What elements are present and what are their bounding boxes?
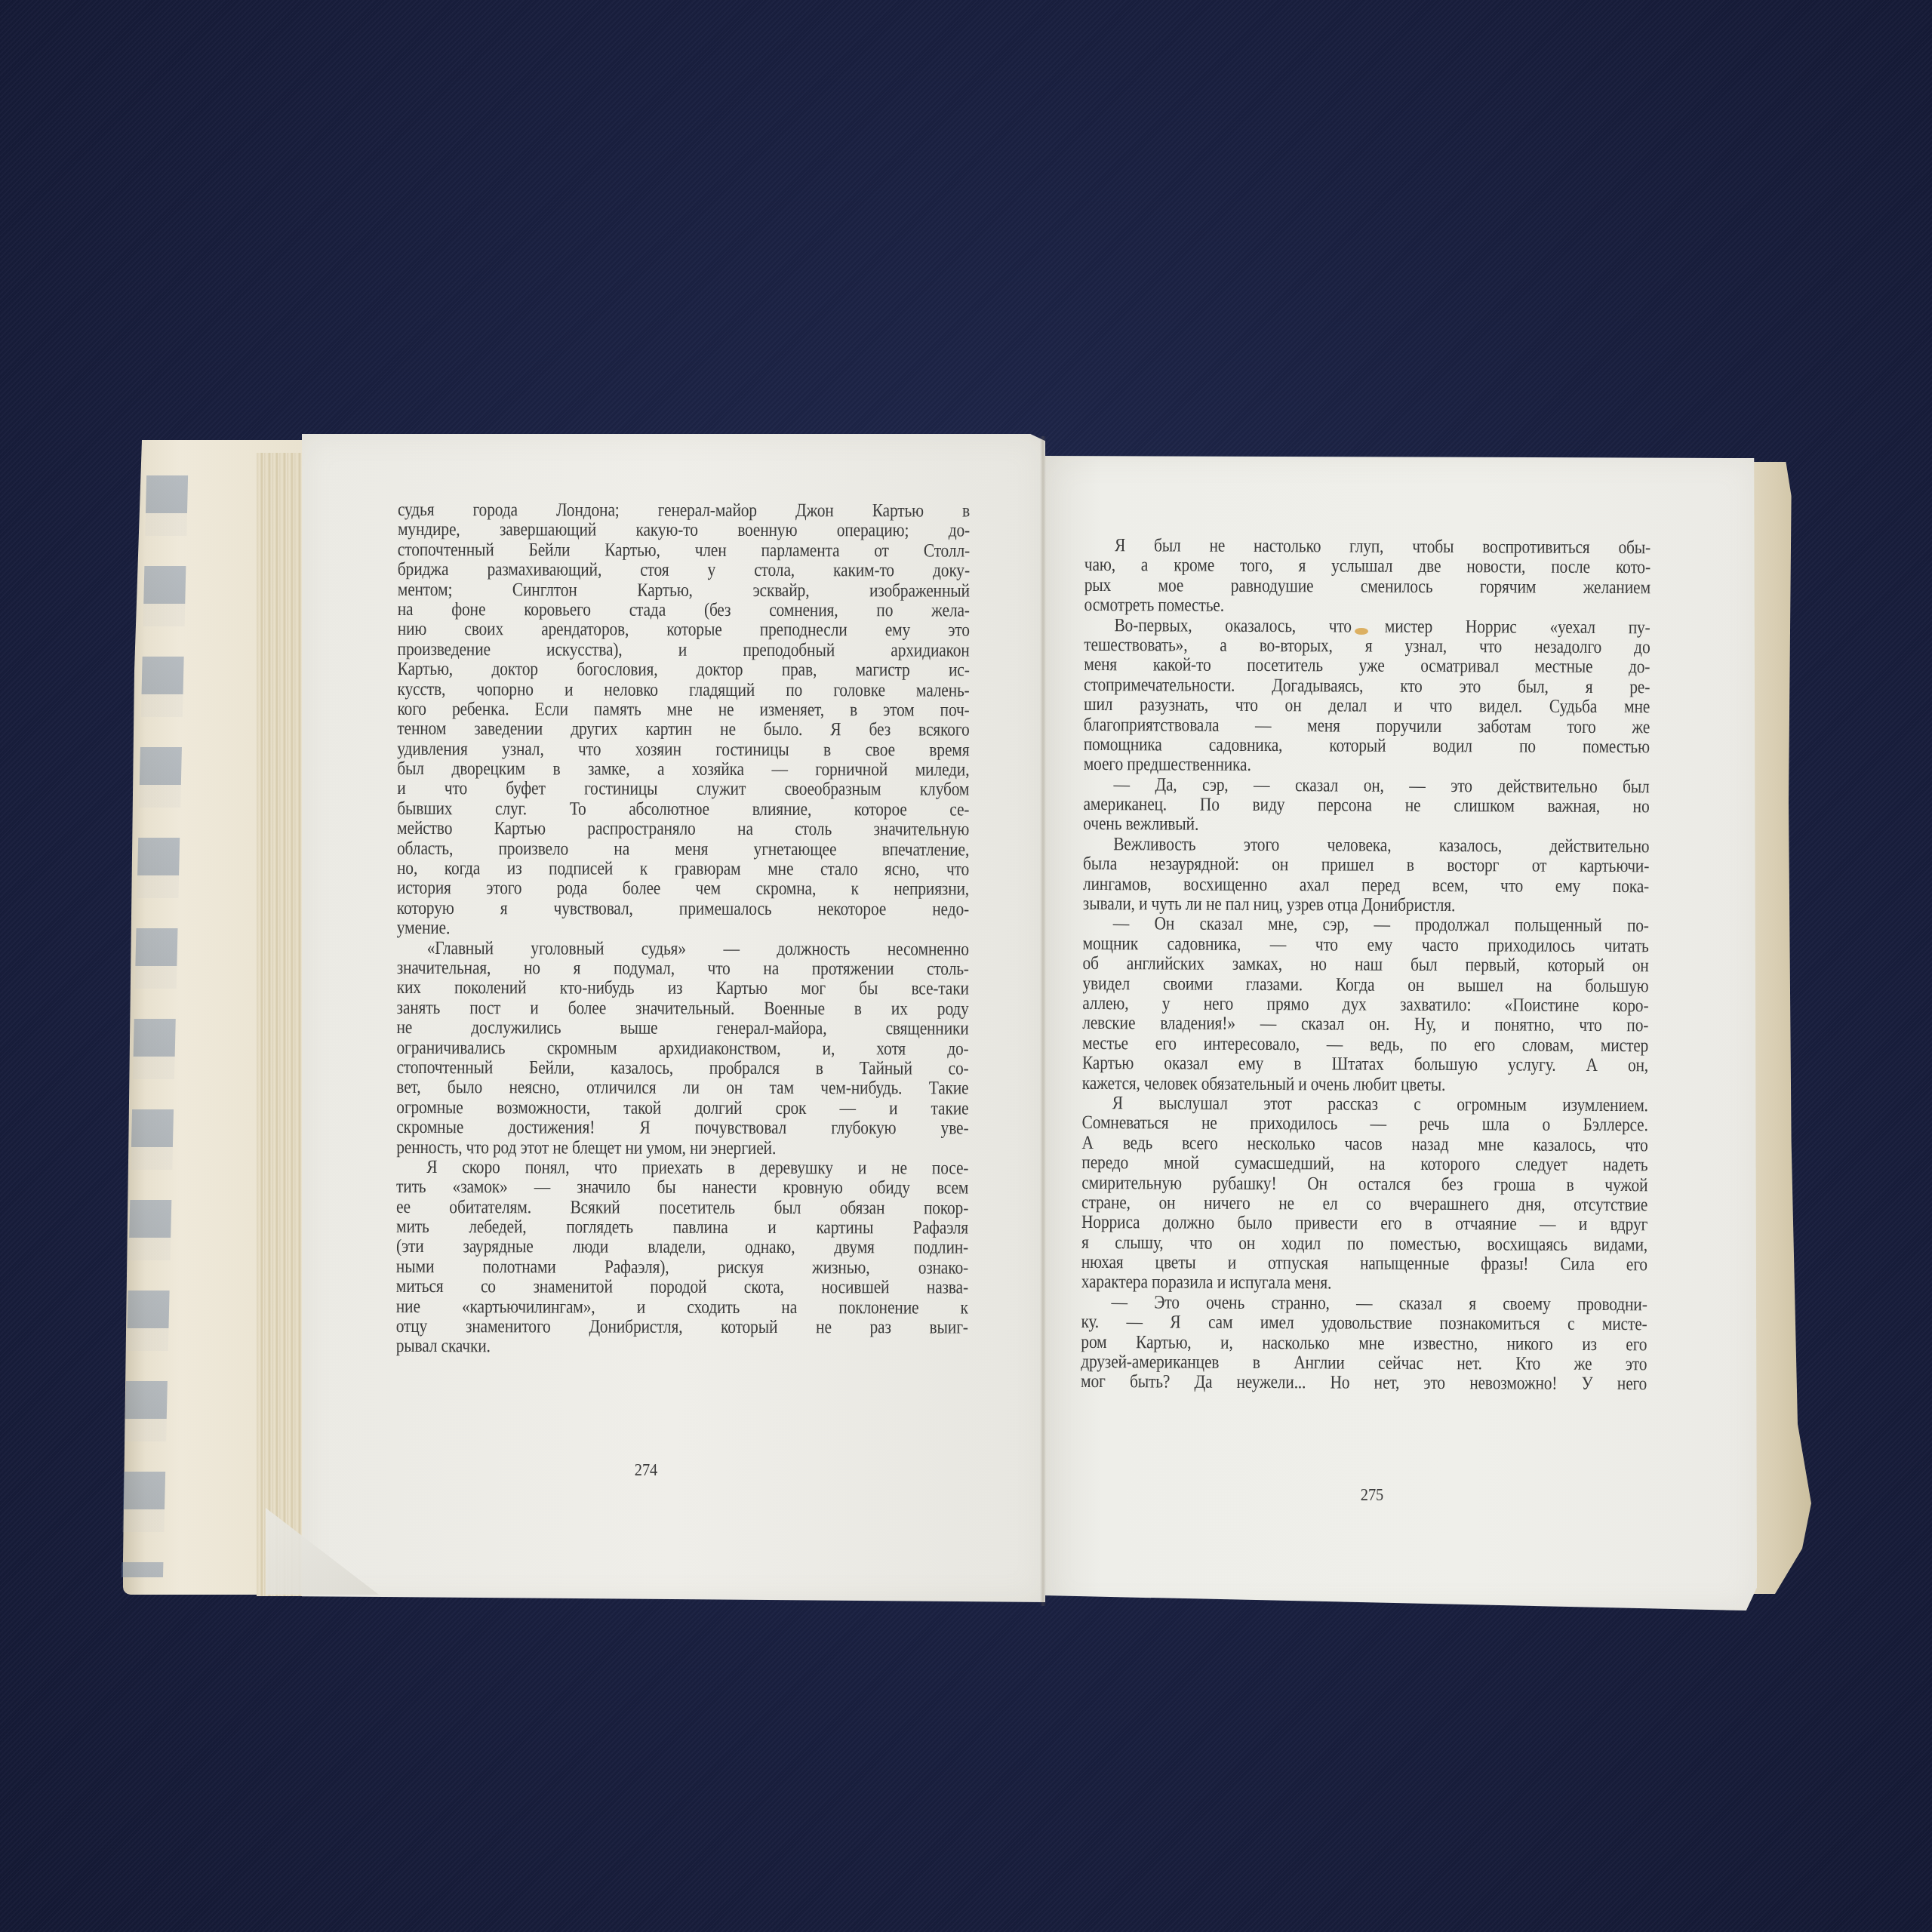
right-page-text: Я был не настолько глуп, чтобы воспротив… <box>1081 536 1651 1395</box>
text-line: Картью, доктор богословия, доктор прав, … <box>398 660 970 681</box>
text-line: не дослужились выше генерал-майора, свящ… <box>397 1018 969 1039</box>
text-line: судья города Лондона; генерал-майор Джон… <box>398 500 970 521</box>
text-line: ее обитателям. Всякий посетитель был обя… <box>396 1198 968 1219</box>
text-line: ментом; Синглтон Картью, эсквайр, изобра… <box>398 580 970 601</box>
text-line: но, когда из подписей к гравюрам мне ста… <box>397 859 969 880</box>
text-line: мейство Картью распространяло на столь з… <box>397 819 969 840</box>
text-line: рывал скачки. <box>396 1337 968 1358</box>
text-line: значительная, но я подумал, что на протя… <box>397 958 969 980</box>
text-line: стопочтенный Бейли, казалось, пробрался … <box>396 1058 968 1079</box>
text-line: кусств, чопорно и неловко гладящий по го… <box>397 680 969 701</box>
text-line: ными полотнами Рафаэля), рискуя жизнью, … <box>396 1257 968 1278</box>
book-gutter <box>1040 436 1046 1606</box>
text-line: умение. <box>397 918 969 940</box>
text-line: кого ребенка. Если память мне не изменяе… <box>397 700 969 721</box>
text-line: миться со знаменитой породой скота, носи… <box>396 1277 968 1298</box>
text-line: область, произвело на меня угнетающее вп… <box>397 839 969 860</box>
text-line: история этого рода более чем скромна, к … <box>397 878 969 900</box>
text-line: нию своих арендаторов, которые преподнес… <box>398 620 970 641</box>
text-line: бриджа размахивающий, стоя у стола, каки… <box>398 560 970 581</box>
text-line: на фоне коровьего стада (без сомнения, п… <box>398 600 970 621</box>
text-line: тить «замок» — значило бы нанести кровну… <box>396 1177 968 1198</box>
text-line: стопочтенный Бейли Картью, член парламен… <box>398 540 970 561</box>
text-line: удивления узнал, что хозяин гостиницы в … <box>397 740 969 761</box>
page-number-left: 274 <box>635 1460 658 1481</box>
text-line: ограничивались скромным архидиаконством,… <box>396 1038 968 1060</box>
text-line: огромные возможности, такой долгий срок … <box>396 1098 968 1119</box>
text-line: бывших слуг. То абсолютное влияние, кото… <box>397 799 969 820</box>
text-line: ние «картьючилингам», и сходить на покло… <box>396 1297 968 1318</box>
text-line: и что буфет гостиницы служит своеобразны… <box>397 779 969 800</box>
text-line: вет, было неясно, отличился ли он там че… <box>396 1078 968 1099</box>
text-line: которую я чувствовал, примешалось некото… <box>397 899 969 920</box>
text-line: скромные достижения! Я почувствовал глуб… <box>396 1118 968 1139</box>
text-line: мундире, завершающий какую-то военную оп… <box>398 520 970 541</box>
text-line: тенном заведении других картин не было. … <box>397 719 969 740</box>
text-line: Я скоро понял, что приехать в деревушку … <box>396 1158 968 1179</box>
left-page-stack-edge <box>257 453 309 1596</box>
text-line: мог быть? Да неужели... Но нет, это нево… <box>1081 1372 1647 1395</box>
text-line: занять пост и более значительный. Военны… <box>397 998 969 1020</box>
left-page-text: судья города Лондона; генерал-майор Джон… <box>396 500 970 1358</box>
text-line: отцу знаменитого Донибристля, который не… <box>396 1317 968 1338</box>
text-line: был дворецким в замке, а хозяйка — горни… <box>397 759 969 780</box>
text-line: произведение искусства), и преподобный а… <box>398 640 970 661</box>
text-line: мить лебедей, поглядеть павлина и картин… <box>396 1217 968 1238</box>
text-line: (эти заурядные люди владели, однако, дву… <box>396 1237 968 1258</box>
text-line: ренность, что род этот не блещет ни умом… <box>396 1137 968 1158</box>
text-line: «Главный уголовный судья» — должность не… <box>397 939 969 960</box>
text-line: ких поколений кто-нибудь из Картью мог б… <box>397 978 969 999</box>
page-number-right: 275 <box>1361 1485 1384 1506</box>
photo-scene: судья города Лондона; генерал-майор Джон… <box>0 0 1932 1932</box>
